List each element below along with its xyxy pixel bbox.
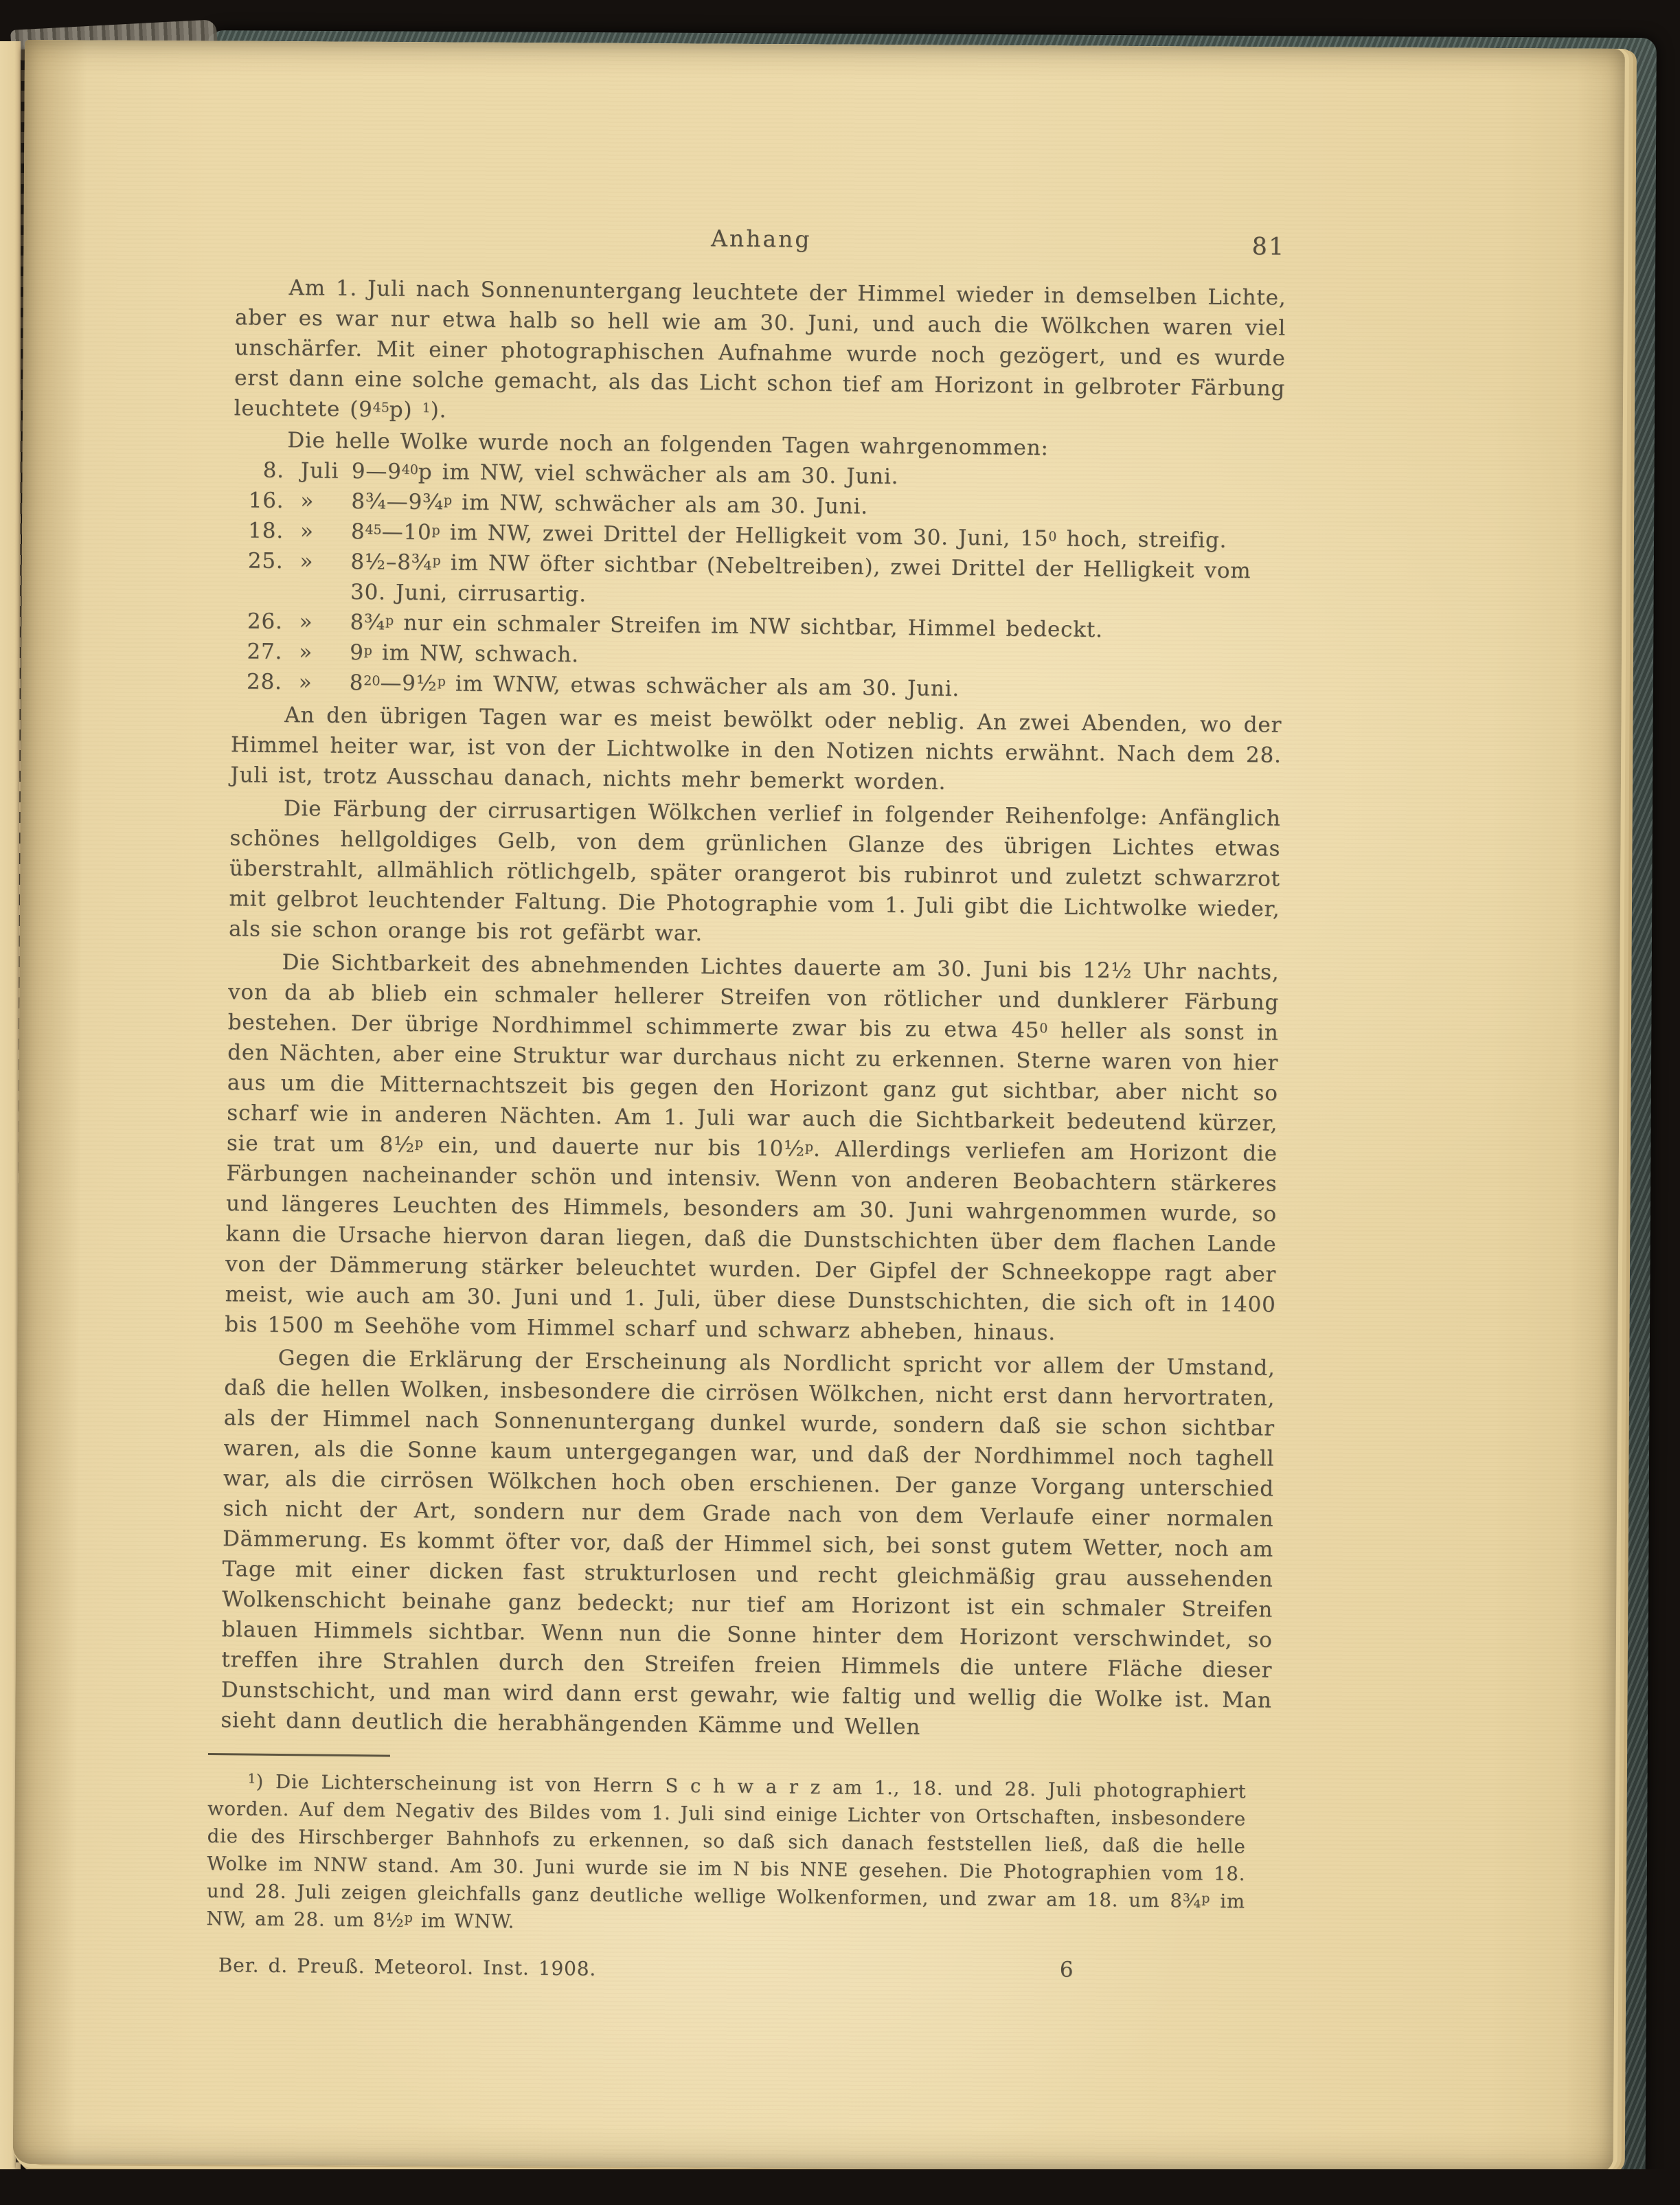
observation-day: 27. [240, 636, 289, 667]
paragraph-1: Am 1. Juli nach Sonnenuntergang leuchtet… [234, 272, 1286, 433]
footnote: 1) Die Lichterscheinung ist von Herrn S … [206, 1767, 1246, 1943]
observation-list: 8. Juli 9—940p im NW, viel schwächer als… [231, 455, 1284, 707]
imprint: Ber. d. Preuß. Meteorol. Inst. 1908. [218, 1950, 597, 1984]
observation-day: 18. [241, 515, 291, 546]
page-number: 81 [1251, 231, 1285, 262]
observation-day: 16. [241, 485, 291, 516]
observation-month: » [290, 546, 351, 607]
observation-day: 28. [240, 666, 289, 697]
observation-row: 25. » 8½–8¾p im NW öfter sichtbar (Nebel… [240, 545, 1284, 616]
observation-month: » [289, 667, 350, 698]
observation-day: 26. [240, 606, 289, 637]
observation-month: » [291, 486, 351, 517]
bottom-scan-edge [0, 2169, 1680, 2205]
observation-month: » [289, 607, 350, 637]
observation-day: 8. [242, 455, 291, 486]
paragraph-6: Gegen die Erklärung der Erscheinung als … [220, 1342, 1275, 1745]
page: Anhang 81 Am 1. Juli nach Sonnenuntergan… [13, 40, 1625, 2173]
book-scan-page: Anhang 81 Am 1. Juli nach Sonnenuntergan… [0, 0, 1680, 2205]
paragraph-5: Die Sichtbarkeit des abnehmenden Lichtes… [225, 947, 1280, 1350]
observation-month: » [289, 637, 350, 668]
page-content: Anhang 81 Am 1. Juli nach Sonnenuntergan… [218, 218, 1287, 1991]
page-footer: Ber. d. Preuß. Meteorol. Inst. 1908. 6 [218, 1950, 1269, 1991]
paragraph-3: An den übrigen Tagen war es meist bewölk… [230, 699, 1282, 800]
observation-day: 25. [240, 545, 291, 607]
sheet-number: 6 [1060, 1955, 1074, 1985]
footnote-rule [208, 1753, 390, 1757]
section-title: Anhang [236, 218, 1286, 259]
observation-entry: 8½–8¾p im NW öfter sichtbar (Nebeltreibe… [350, 547, 1284, 617]
observation-month: » [291, 516, 351, 547]
observation-month: Juli [291, 455, 352, 486]
paragraph-4: Die Färbung der cirrusartigen Wölkchen v… [229, 793, 1281, 954]
running-header: Anhang 81 [236, 218, 1286, 260]
